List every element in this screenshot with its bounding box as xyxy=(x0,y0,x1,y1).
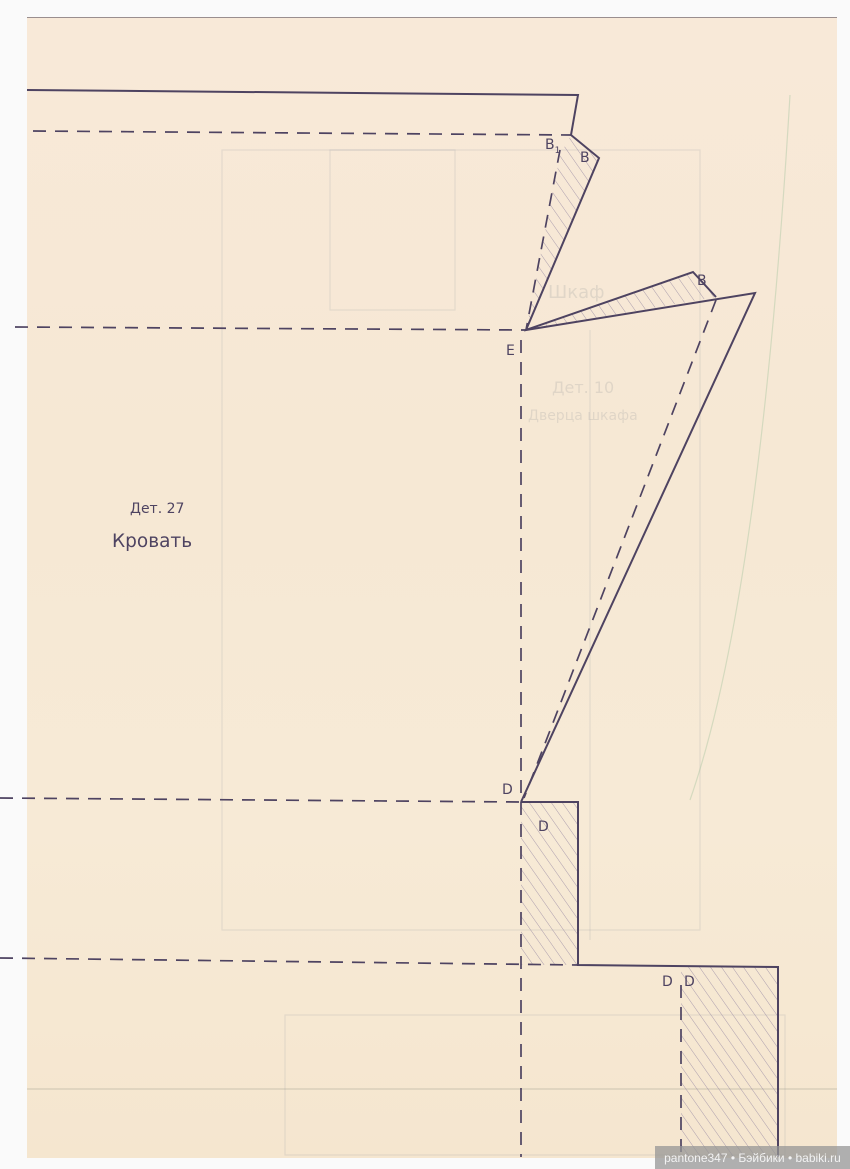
hatched-allowances xyxy=(521,135,778,1157)
point-label-d-upper-left: D xyxy=(502,783,513,797)
point-label-b-right: B xyxy=(697,274,707,288)
watermark: pantone347 • Бэйбики • babiki.ru xyxy=(655,1146,850,1169)
point-label-b1: B1 xyxy=(545,138,560,156)
point-label-d-lower-left: D xyxy=(662,975,673,989)
point-label-d-upper-right: D xyxy=(538,820,549,834)
part-name: Кровать xyxy=(112,531,192,552)
part-code: Дет. 27 xyxy=(130,501,184,517)
cut-lines xyxy=(27,90,778,1157)
point-label-b-top: B xyxy=(580,151,590,165)
pattern-drawing xyxy=(0,0,850,1169)
fold-lines xyxy=(0,131,716,1157)
point-label-e: E xyxy=(506,344,515,358)
point-label-d-lower-right: D xyxy=(684,975,695,989)
